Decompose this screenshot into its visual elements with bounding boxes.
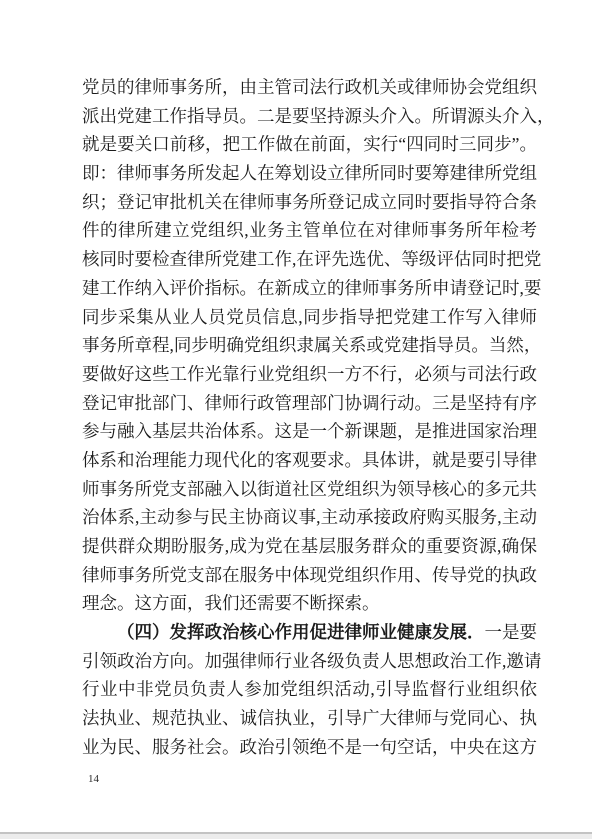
text-line: 行业中非党员负责人参加党组织活动,引导监督行业组织依: [82, 675, 537, 704]
text-line: 党员的律师事务所，由主管司法行政机关或律师协会党组织: [82, 73, 537, 102]
text-line: 体系和治理能力现代化的客观要求。具体讲，就是要引导律: [82, 446, 537, 475]
text-line: 治体系,主动参与民主协商议事,主动承接政府购买服务,主动: [82, 503, 537, 532]
text-line: 织；登记审批机关在律师事务所登记成立同时要指导符合条: [82, 188, 537, 217]
text-line: 核同时要检查律所党建工作,在评先选优、等级评估同时把党: [82, 245, 537, 274]
section-heading-rest: 一是要: [485, 622, 538, 642]
page-bottom-edge: [0, 832, 592, 839]
text-line: 业为民、服务社会。政治引领绝不是一句空话，中央在这方: [82, 733, 537, 762]
text-line: 即：律师事务所发起人在筹划设立律所同时要筹建律所党组: [82, 159, 537, 188]
text-line: 参与融入基层共治体系。这是一个新课题，是推进国家治理: [82, 417, 537, 446]
text-line: 建工作纳入评价指标。在新成立的律师事务所申请登记时,要: [82, 274, 537, 303]
body-text: 党员的律师事务所，由主管司法行政机关或律师协会党组织 派出党建工作指导员。二是要…: [82, 73, 537, 762]
text-line: 引领政治方向。加强律师行业各级负责人思想政治工作,邀请: [82, 647, 537, 676]
text-line: 事务所章程,同步明确党组织隶属关系或党建指导员。当然，: [82, 331, 537, 360]
text-line: 派出党建工作指导员。二是要坚持源头介入。所谓源头介入，: [82, 102, 537, 131]
text-line: 件的律所建立党组织,业务主管单位在对律师事务所年检考: [82, 216, 537, 245]
text-line: 同步采集从业人员党员信息,同步指导把党建工作写入律师: [82, 303, 537, 332]
text-line: 师事务所党支部融入以街道社区党组织为领导核心的多元共: [82, 475, 537, 504]
text-line: 律师事务所党支部在服务中体现党组织作用、传导党的执政: [82, 561, 537, 590]
page-number: 14: [88, 772, 99, 786]
section-heading-bold: （四）发挥政治核心作用促进律师业健康发展．: [117, 622, 485, 642]
section-heading-line: （四）发挥政治核心作用促进律师业健康发展．一是要: [82, 618, 537, 647]
text-line: 法执业、规范执业、诚信执业，引导广大律师与党同心、执: [82, 704, 537, 733]
text-line: 就是要关口前移，把工作做在前面，实行“四同时三同步”。: [82, 130, 537, 159]
text-line: 提供群众期盼服务,成为党在基层服务群众的重要资源,确保: [82, 532, 537, 561]
text-line: 登记审批部门、律师行政管理部门协调行动。三是坚持有序: [82, 389, 537, 418]
document-page: 党员的律师事务所，由主管司法行政机关或律师协会党组织 派出党建工作指导员。二是要…: [0, 0, 592, 839]
text-line: 理念。这方面，我们还需要不断探索。: [82, 589, 537, 618]
text-line: 要做好这些工作光靠行业党组织一方不行，必须与司法行政: [82, 360, 537, 389]
